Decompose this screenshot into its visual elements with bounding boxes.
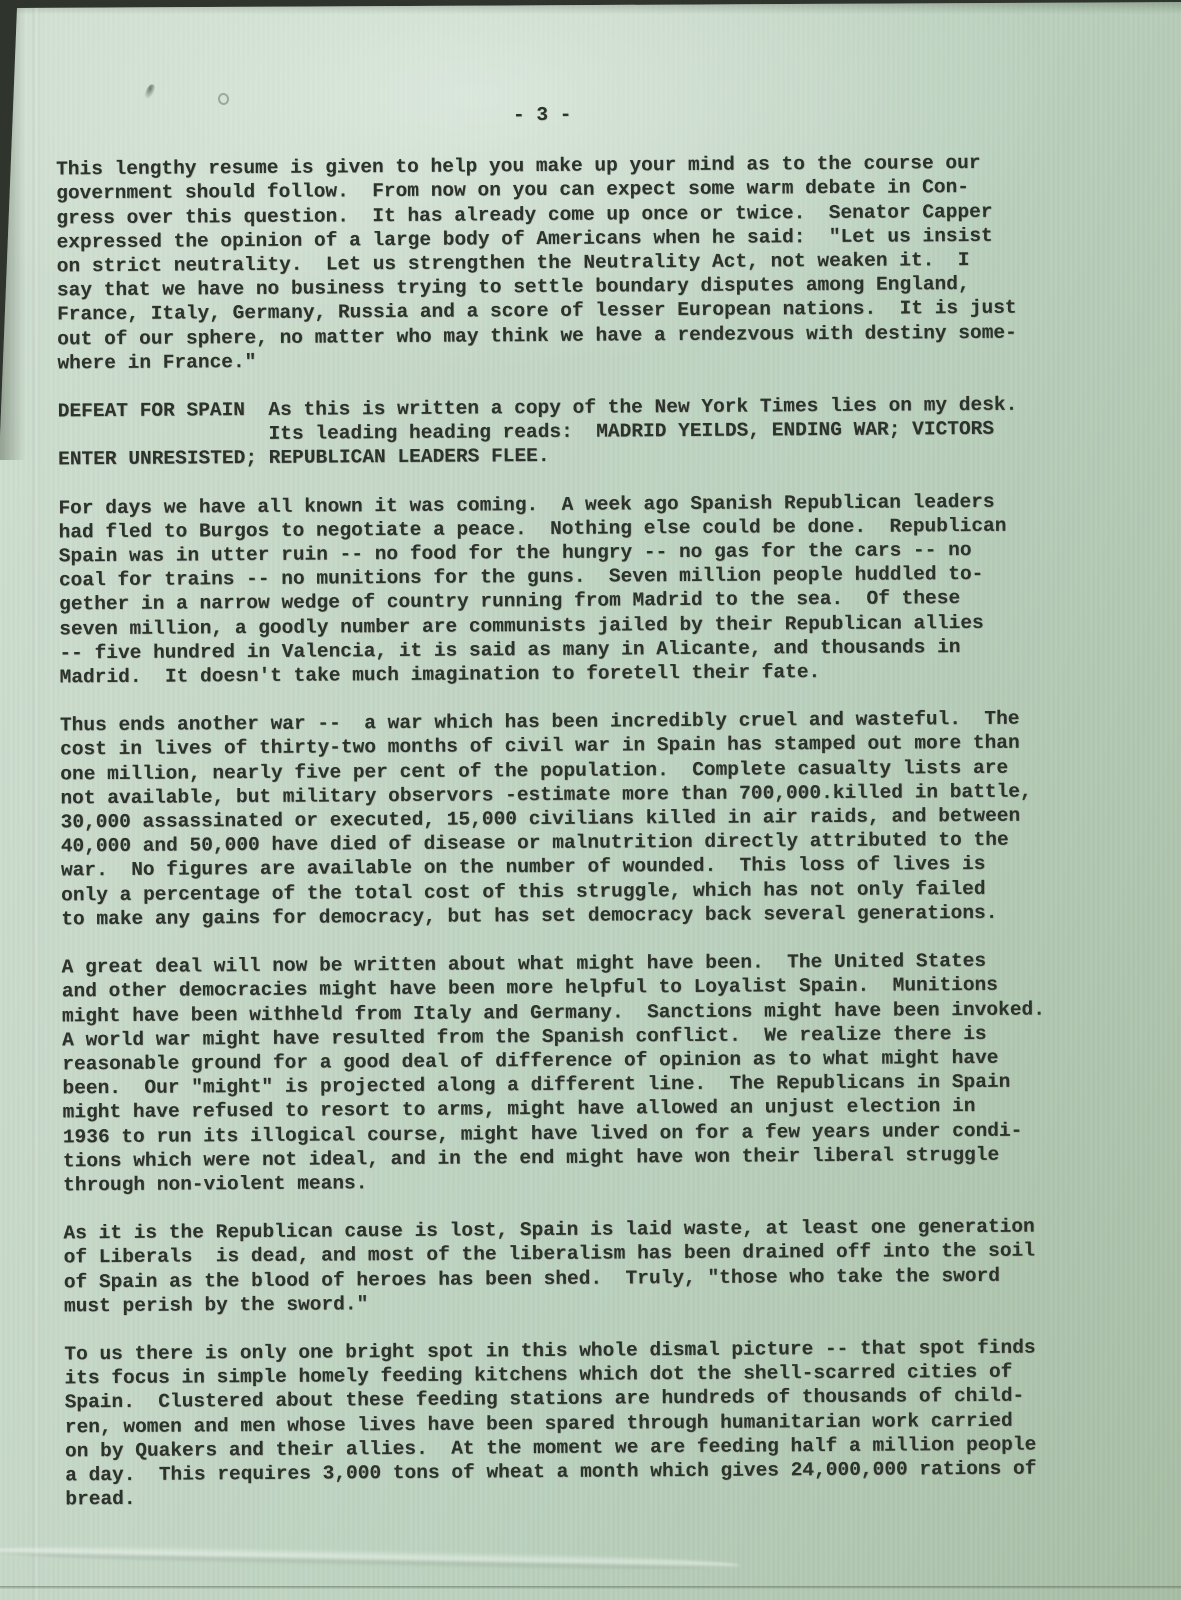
paper-bottom-edge — [0, 1586, 1181, 1589]
paragraph-thus-ends: Thus ends another war -- a war which has… — [60, 706, 1121, 931]
document-page: - 3 - This lengthy resume is given to he… — [0, 0, 1181, 1600]
scan-background: - 3 - This lengthy resume is given to he… — [0, 0, 1181, 1600]
paragraph-intro-neutrality: This lengthy resume is given to help you… — [56, 150, 1117, 375]
crease-line-bottom — [0, 1543, 740, 1574]
paragraph-bright-spot-feeding: To us there is only one bright spot in t… — [64, 1335, 1125, 1512]
paragraph-great-deal: A great deal will now be written about w… — [62, 948, 1124, 1197]
paragraph-defeat-for-spain: DEFEAT FOR SPAIN As this is written a co… — [58, 392, 1118, 472]
paragraph-for-days: For days we have all known it was coming… — [58, 489, 1119, 690]
page-number: - 3 - — [0, 99, 1085, 131]
typewritten-content: - 3 - This lengthy resume is given to he… — [0, 0, 1181, 1536]
paragraph-republican-cause-lost: As it is the Republican cause is lost, S… — [63, 1214, 1124, 1318]
text-column: This lengthy resume is given to help you… — [56, 150, 1125, 1512]
